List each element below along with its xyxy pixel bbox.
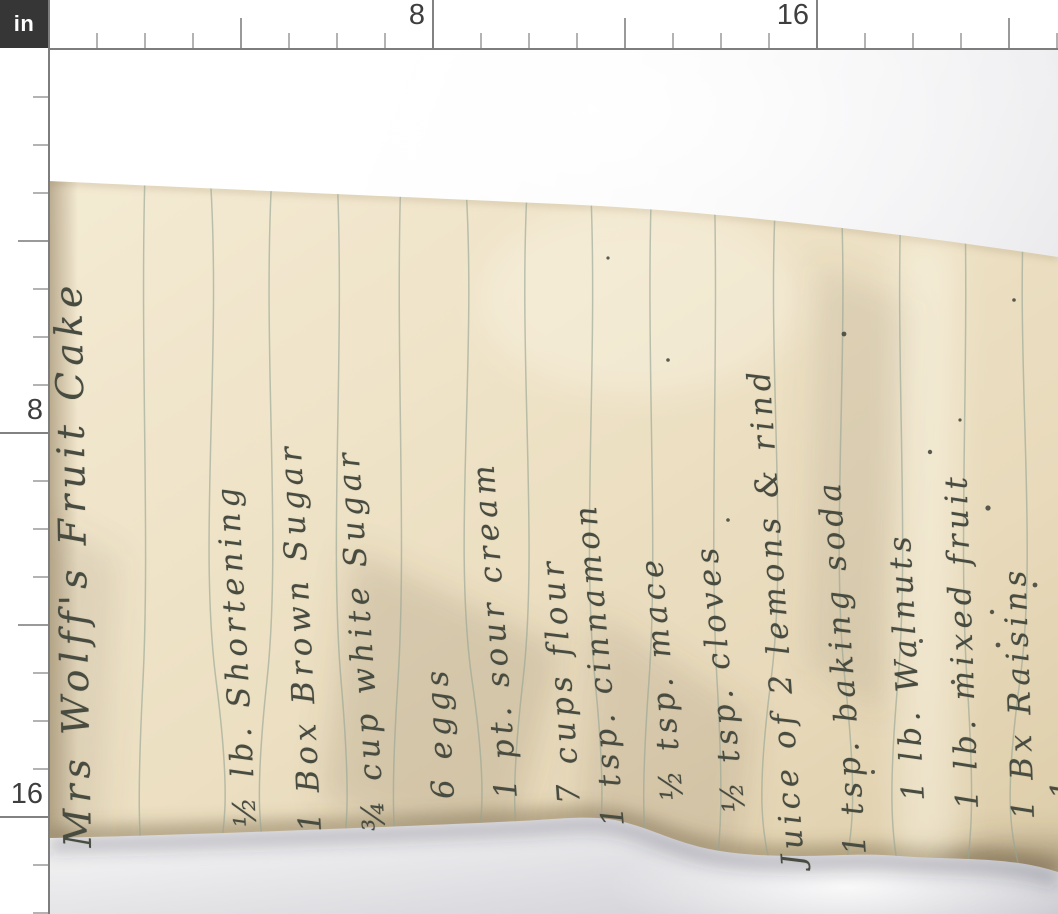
ruler-tick [960, 33, 962, 48]
ruler-tick [33, 720, 48, 722]
ruler-tick [432, 0, 434, 48]
ink-speck [985, 505, 990, 510]
fabric-preview-canvas: Mrs Wolff's Fruit Cake ½ lb. Shortening … [0, 0, 1058, 914]
ruler-vertical: 8 16 [0, 0, 50, 914]
ruler-tick [480, 33, 482, 48]
ruler-tick [192, 33, 194, 48]
ruler-tick [96, 33, 98, 48]
ink-speck [666, 358, 670, 362]
ruler-tick [672, 33, 674, 48]
ruler-h-label-16: 16 [777, 1, 809, 30]
ruler-v-label-16: 16 [11, 780, 43, 809]
ruler-tick [1008, 18, 1010, 48]
ink-speck [990, 610, 994, 614]
ruler-tick [0, 816, 48, 818]
ruler-tick [912, 33, 914, 48]
ink-speck [606, 256, 609, 259]
ruler-tick [240, 18, 242, 48]
ruler-v-label-8: 8 [27, 396, 43, 425]
ruler-tick [0, 432, 48, 434]
recipe-line: 6 eggs [419, 665, 462, 800]
ruler-tick [384, 33, 386, 48]
ruler-tick [33, 288, 48, 290]
ruler-tick [33, 528, 48, 530]
ruler-tick [18, 624, 48, 626]
ruler-tick [33, 144, 48, 146]
ruler-tick [33, 192, 48, 194]
ruler-horizontal: 8 16 [0, 0, 1058, 50]
ruler-tick [33, 480, 48, 482]
ruler-tick [33, 864, 48, 866]
ruler-tick [33, 336, 48, 338]
ruler-tick [33, 576, 48, 578]
recipe-line-partial: 1 [1044, 774, 1058, 800]
ruler-tick [816, 0, 818, 48]
ruler-tick [336, 33, 338, 48]
ruler-h-label-8: 8 [409, 1, 425, 30]
ruler-tick [33, 384, 48, 386]
ink-speck [958, 418, 961, 421]
ink-speck [1012, 298, 1016, 302]
ruler-tick [624, 18, 626, 48]
ruler-tick [18, 240, 48, 242]
ruler-tick [33, 768, 48, 770]
ruler-tick [33, 672, 48, 674]
ruler-tick [33, 96, 48, 98]
ruler-tick [864, 33, 866, 48]
ink-speck [871, 770, 875, 774]
ink-speck [842, 332, 847, 337]
ruler-tick [768, 33, 770, 48]
ruler-tick [576, 33, 578, 48]
ruler-tick [720, 33, 722, 48]
ruler-tick [144, 33, 146, 48]
ink-speck [928, 450, 932, 454]
ruler-tick [288, 33, 290, 48]
ruler-unit-badge: in [0, 0, 48, 48]
ink-speck [726, 518, 730, 522]
ruler-tick [528, 33, 530, 48]
